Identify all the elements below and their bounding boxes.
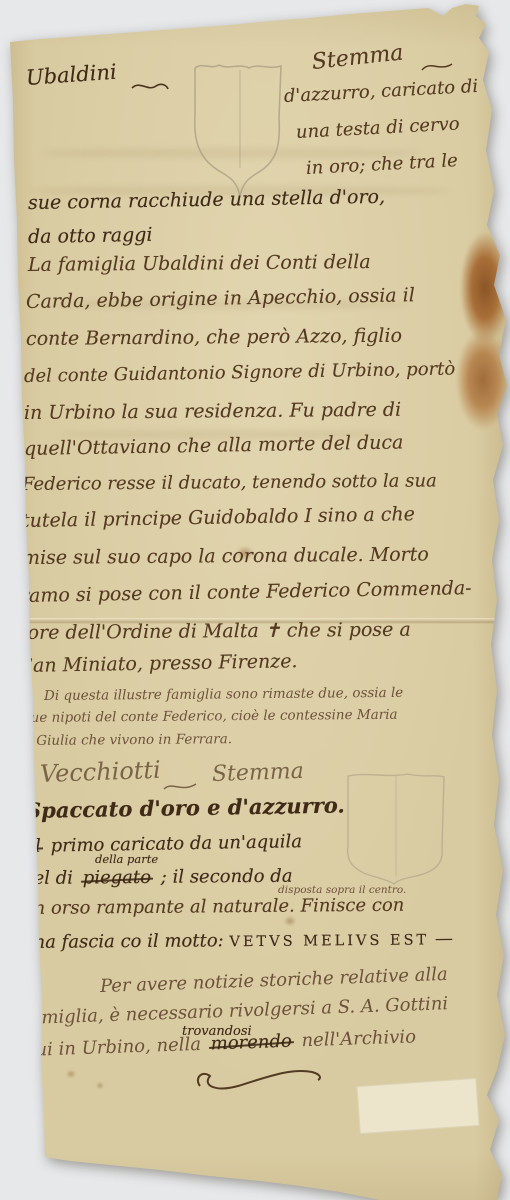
- body-line: Federico resse il ducato, tenendo sotto …: [22, 470, 437, 495]
- paper-shadow: Ubaldini Stemma d'azzurro, caricato di u…: [0, 0, 510, 1200]
- blazon-orso-line: un orso rampante al naturale. Finisce co…: [22, 895, 405, 919]
- tape-repair: [356, 1078, 479, 1134]
- struck-word: Il: [28, 836, 41, 857]
- pen-flourish-icon: [130, 78, 170, 94]
- foxing-spot: [96, 1082, 104, 1089]
- body-line: tutela il principe Guidobaldo I sino a c…: [22, 503, 415, 532]
- pen-flourish-icon: [162, 778, 198, 794]
- blazon-primo-text: primo caricato da un'aquila: [50, 831, 302, 856]
- motto-line: una fascia co il motto: VETVS MELIVS EST…: [22, 928, 453, 953]
- body-line: Carda, ebbe origine in Apecchio, ossia i…: [26, 284, 415, 313]
- closing-before: qui in Urbino, nella: [24, 1034, 202, 1061]
- family-motto: VETVS MELIVS EST: [229, 932, 429, 950]
- foxing-spot: [34, 1116, 43, 1124]
- ink-blot: [284, 916, 296, 926]
- body-line: da otto raggi: [28, 224, 153, 248]
- blazon-spaccato-line: Spaccato d'oro e d'azzurro.: [26, 792, 345, 823]
- scanner-background: Ubaldini Stemma d'azzurro, caricato di u…: [0, 0, 510, 1200]
- stemma-heading-ubaldini: Stemma: [311, 40, 405, 74]
- body-line: ramo si pose con il conte Federico Comme…: [20, 577, 472, 607]
- water-stain: [460, 232, 510, 344]
- blazon-secondo-line: nel di piegato ; il secondo da: [22, 866, 293, 889]
- blazon-secondo-after: ; il secondo da: [161, 866, 293, 888]
- body-line: La famiglia Ubaldini dei Conti della: [28, 251, 371, 276]
- closing-after: nell'Archivio: [301, 1026, 416, 1051]
- body-line: mise sul suo capo la corona ducale. Mort…: [22, 543, 429, 569]
- body-line: San Miniato, presso Firenze.: [20, 650, 298, 677]
- body-line: in Urbino la sua residenza. Fu padre di: [24, 399, 401, 424]
- blazon-secondo-before: nel di: [22, 868, 73, 889]
- pencil-shield-sketch: [338, 768, 453, 886]
- motto-trailing-dash: —: [435, 928, 453, 949]
- note-line: due nipoti del conte Federico, cioè le c…: [22, 707, 398, 726]
- body-line: del conte Guidantonio Signore di Urbino,…: [24, 358, 456, 387]
- family-name-vecchiotti: Vecchiotti: [40, 756, 162, 788]
- pen-flourish-icon: [190, 1060, 330, 1100]
- inserted-correction: della parte: [95, 852, 158, 866]
- water-stain: [456, 330, 510, 430]
- struck-word: morendo: [210, 1031, 292, 1055]
- blazon-line: una testa di cervo: [295, 113, 460, 143]
- family-name-ubaldini: Ubaldini: [25, 60, 117, 90]
- blazon-line: d'azzurro, caricato di: [283, 76, 478, 107]
- body-line: conte Bernardino, che però Azzo, figlio: [26, 325, 402, 350]
- pencil-shield-sketch: [185, 58, 295, 203]
- closing-line: Per avere notizie storiche relative alla: [100, 964, 448, 997]
- blazon-primo-line: Il primo caricato da un'aquila: [24, 831, 302, 857]
- foxing-spot: [66, 1070, 76, 1078]
- pen-flourish-icon: [420, 58, 454, 74]
- motto-lead-text: una fascia co il motto:: [22, 930, 224, 953]
- stemma-heading-vecchiotti: Stemma: [212, 759, 305, 787]
- struck-word: piegato: [83, 867, 151, 889]
- manuscript-paper: Ubaldini Stemma d'azzurro, caricato di u…: [0, 0, 510, 1200]
- body-line: tore dell'Ordine di Malta ✝ che si pose …: [20, 619, 411, 644]
- note-line: Di questa illustre famiglia sono rimaste…: [44, 685, 403, 704]
- note-line: e Giulia che vivono in Ferrara.: [24, 731, 232, 749]
